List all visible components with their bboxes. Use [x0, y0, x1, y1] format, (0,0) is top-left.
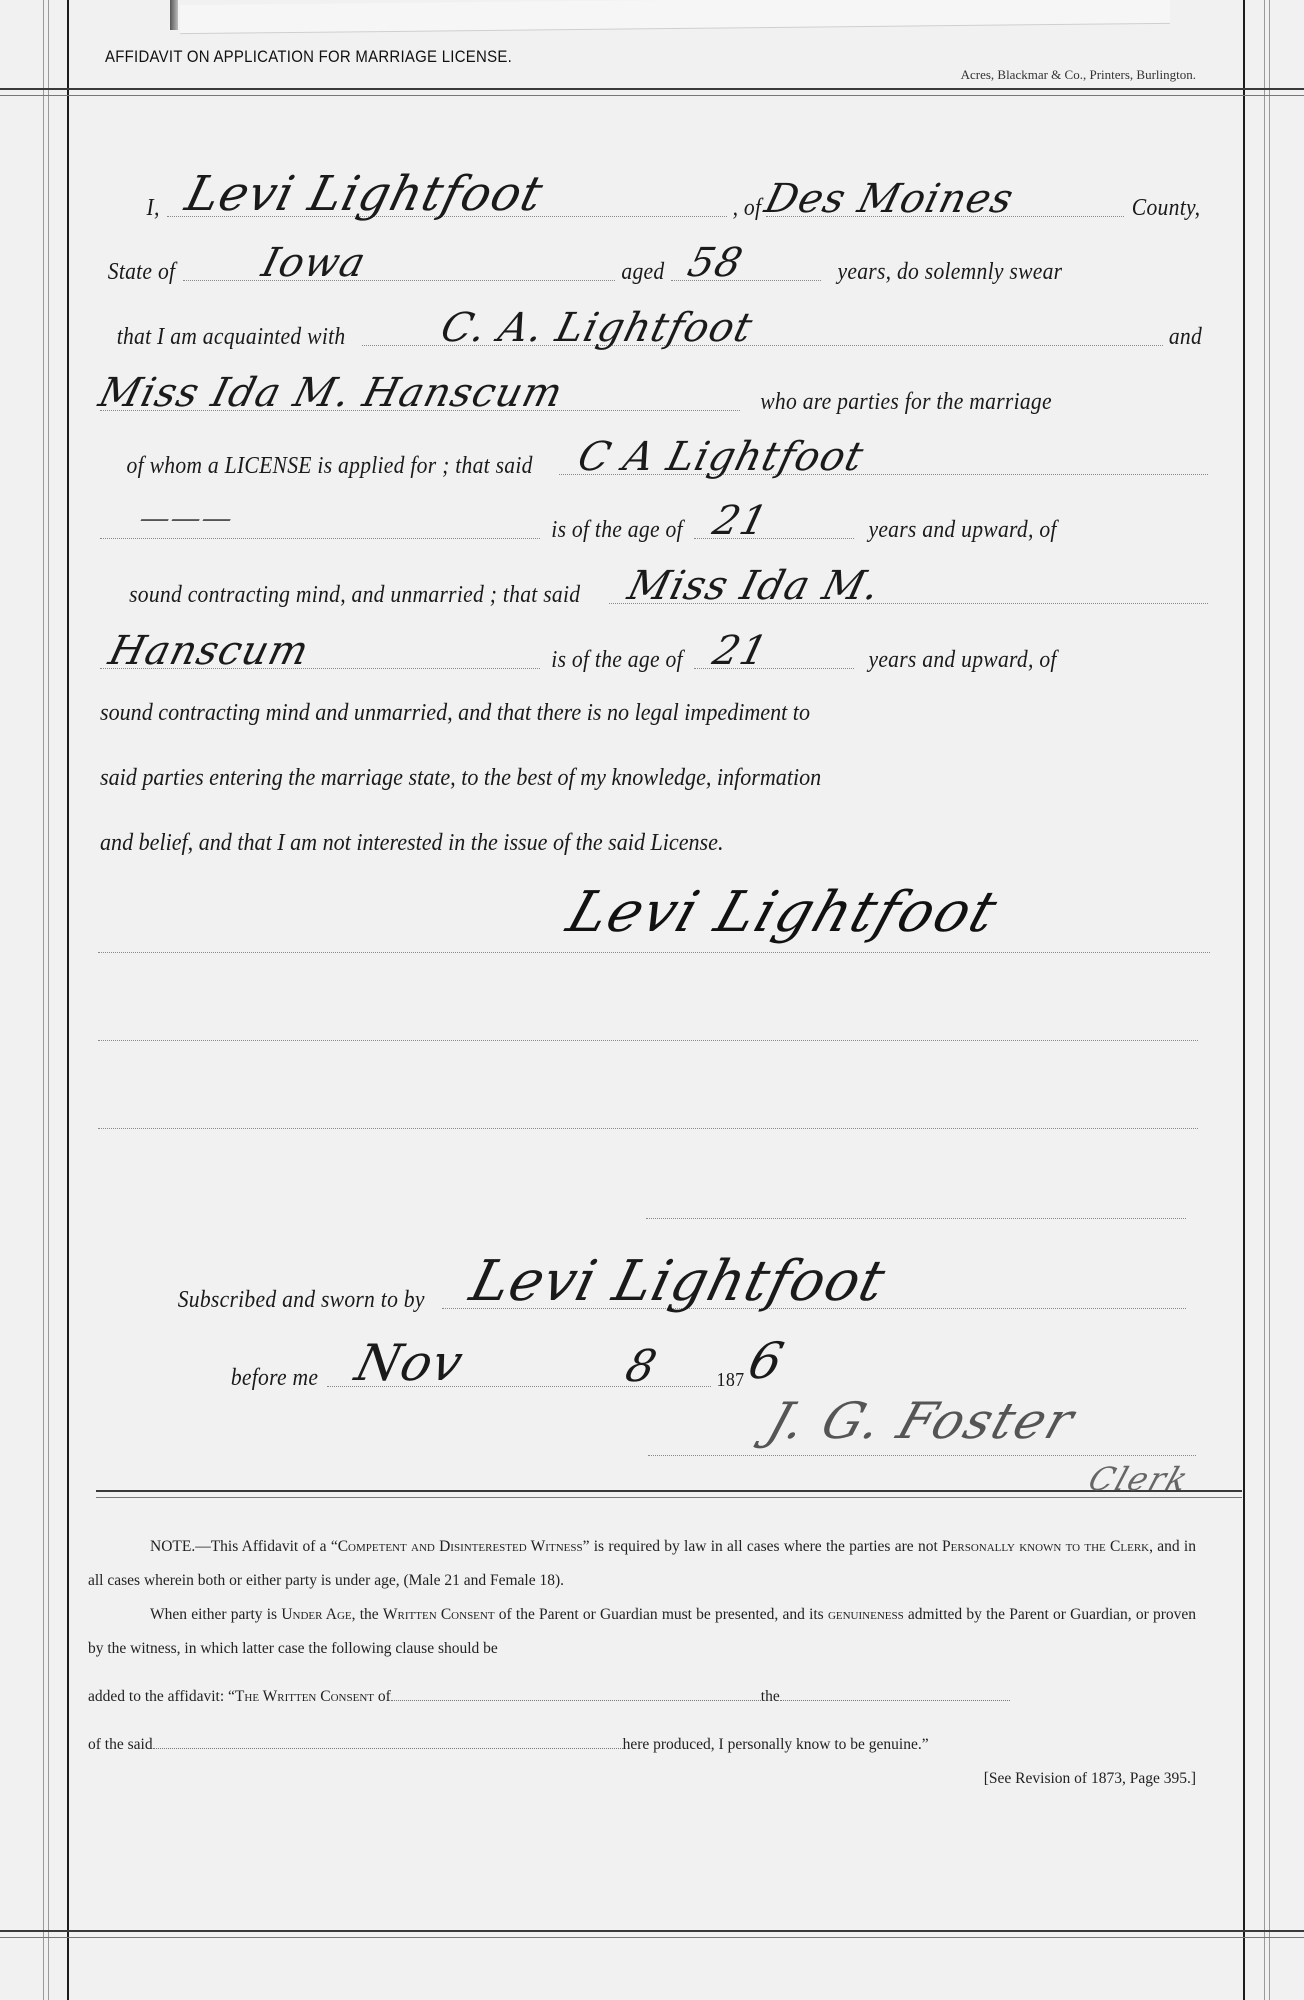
clerk-title-handwritten: Clerk [1084, 1460, 1195, 1498]
year-suffix-handwritten[interactable]: 6 [743, 1332, 790, 1390]
sworn-date-field[interactable]: Nov 8 [327, 1352, 711, 1387]
official-signature-line [648, 1455, 1196, 1456]
consent-clause-line-1: added to the affidavit: “The Written Con… [88, 1680, 1196, 1714]
sworn-month-handwritten: Nov [350, 1334, 470, 1392]
footer-rule [0, 1930, 1304, 1938]
form-title: AFFIDAVIT ON APPLICATION FOR MARRIAGE LI… [105, 47, 512, 67]
left-margin-rule-outer [43, 0, 49, 2000]
said-bride-handwritten: Miss Ida M. [624, 563, 886, 609]
note-paragraph-2: When either party is Under Age, the Writ… [88, 1598, 1196, 1666]
groom-age-handwritten: 21 [708, 498, 772, 544]
affiant-line: I, Levi Lightfoot , of Des Moines County… [100, 176, 1208, 220]
state-field[interactable]: Iowa [183, 246, 615, 281]
groom-name-field[interactable]: C. A. Lightfoot [362, 311, 1163, 346]
folded-paper-edge [180, 0, 1170, 34]
subscribed-line: Subscribed and sworn to by Levi Lightfoo… [160, 1268, 1186, 1312]
right-margin-rule-outer [1264, 0, 1270, 2000]
bride-age-line: Hanscum is of the age of 21 years and up… [100, 628, 1208, 672]
bride-age-field[interactable]: 21 [694, 634, 854, 669]
state-age-line: State of Iowa aged 58 years, do solemnly… [100, 240, 1208, 284]
bride-name-field[interactable]: Miss Ida M. Hanscum [100, 376, 740, 411]
acquainted-line: that I am acquainted with C. A. Lightfoo… [100, 305, 1208, 349]
groom-age-field[interactable]: 21 [694, 504, 854, 539]
groom-name-handwritten: C. A. Lightfoot [436, 305, 757, 351]
county-handwritten: Des Moines [761, 176, 1019, 222]
affiant-name-handwritten: Levi Lightfoot [180, 166, 549, 222]
legal-note: NOTE.—This Affidavit of a “Competent and… [88, 1530, 1196, 1796]
jurat-blank-line [646, 1218, 1186, 1219]
license-line: of whom a LICENSE is applied for ; that … [100, 434, 1208, 478]
right-margin-rule [1243, 0, 1245, 2000]
header-rule [0, 88, 1304, 96]
said-bride-field[interactable]: Miss Ida M. [609, 569, 1208, 604]
printer-imprint: Acres, Blackmar & Co., Printers, Burling… [961, 67, 1196, 83]
consent-clause-line-2: of the saidhere produced, I personally k… [88, 1728, 1196, 1762]
state-handwritten: Iowa [257, 240, 370, 286]
bride-name-continued-field[interactable]: Hanscum [100, 634, 540, 669]
witness-age-field[interactable]: 58 [671, 246, 821, 281]
affiant-signature: Levi Lightfoot [559, 880, 1006, 945]
signature-line-3 [98, 1128, 1198, 1129]
note-paragraph-1: NOTE.—This Affidavit of a “Competent and… [88, 1530, 1196, 1598]
witness-age-handwritten: 58 [683, 240, 747, 286]
consent-relation-field[interactable] [780, 1690, 1010, 1701]
groom-name-continued-field[interactable]: ——— [100, 504, 540, 539]
bride-name-handwritten: Miss Ida M. Hanscum [94, 370, 567, 416]
statement-line-10: said parties entering the marriage state… [100, 765, 821, 792]
said-groom-field[interactable]: C A Lightfoot [559, 440, 1208, 475]
subscribed-by-field[interactable]: Levi Lightfoot [442, 1274, 1186, 1309]
statute-reference: [See Revision of 1873, Page 395.] [88, 1762, 1196, 1796]
statement-line-11: and belief, and that I am not interested… [100, 830, 723, 857]
clerk-signature: J. G. Foster [761, 1392, 1083, 1450]
groom-age-line: ——— is of the age of 21 years and upward… [100, 498, 1208, 542]
county-field[interactable]: Des Moines [766, 182, 1123, 217]
bride-age-handwritten: 21 [708, 628, 772, 674]
signature-line-2 [98, 1040, 1198, 1041]
said-bride-line: sound contracting mind, and unmarried ; … [100, 563, 1208, 607]
subscribed-by-handwritten: Levi Lightfoot [464, 1249, 892, 1314]
affiant-name-field[interactable]: Levi Lightfoot [167, 182, 727, 217]
consent-parent-field[interactable] [391, 1690, 761, 1701]
section-divider-rule [96, 1490, 1242, 1498]
bride-surname-handwritten: Hanscum [104, 628, 314, 674]
paper-fold-shadow [170, 0, 178, 30]
said-groom-handwritten: C A Lightfoot [573, 434, 868, 480]
left-margin-rule [67, 0, 69, 2000]
signature-line-1 [98, 952, 1210, 953]
statement-line-9: sound contracting mind and unmarried, an… [100, 700, 810, 727]
bride-line: Miss Ida M. Hanscum who are parties for … [100, 370, 1208, 414]
consent-minor-field[interactable] [153, 1738, 623, 1749]
sworn-day-handwritten: 8 [621, 1341, 663, 1392]
before-me-line: before me Nov 8 187 6 [222, 1346, 782, 1390]
